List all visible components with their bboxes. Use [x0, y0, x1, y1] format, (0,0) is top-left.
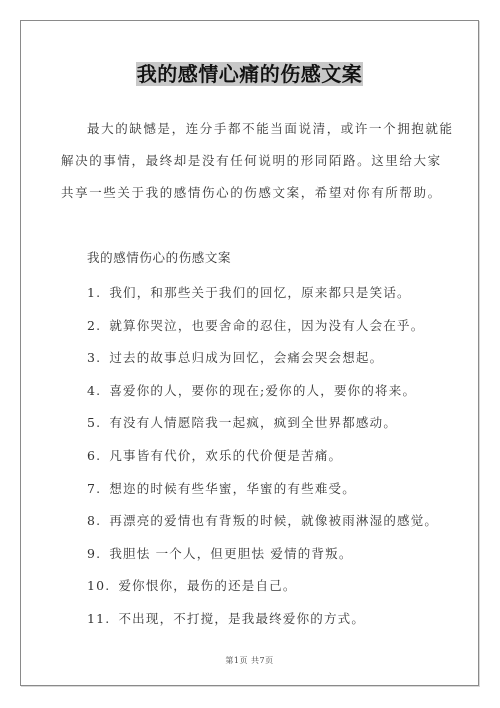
item-text: 我们，和那些关于我们的回忆，原来都只是笑话。: [109, 285, 410, 300]
item-number: 1.: [87, 285, 101, 300]
item-text: 爱你恨你，最伤的还是自己。: [118, 578, 296, 593]
item-number: 2.: [87, 318, 101, 333]
item-text: 我胆怯 一个人，但更胆怯 爱情的背叛。: [109, 546, 352, 561]
item-text: 有没有人情愿陪我一起疯，疯到全世界都感动。: [109, 415, 397, 430]
section-heading: 我的感情伤心的伤感文案: [87, 248, 231, 266]
document-title: 我的感情心痛的伤感文案: [136, 62, 364, 86]
item-number: 8.: [87, 513, 101, 528]
list-item: 1.我们，和那些关于我们的回忆，原来都只是笑话。: [87, 283, 438, 316]
item-number: 10.: [87, 578, 110, 593]
item-text: 不出现，不打搅，是我最终爱你的方式。: [118, 611, 365, 626]
item-number: 7.: [87, 481, 101, 496]
list-item: 7.想迩的时候有些华蜜，华蜜的有些难受。: [87, 479, 438, 512]
list-item: 8.再漂亮的爱情也有背叛的时候，就像被雨淋湿的感觉。: [87, 511, 438, 544]
item-number: 5.: [87, 415, 101, 430]
list-item: 5.有没有人情愿陪我一起疯，疯到全世界都感动。: [87, 413, 438, 446]
item-number: 11.: [87, 611, 110, 626]
item-number: 4.: [87, 383, 101, 398]
item-text: 喜爱你的人，要你的现在;爱你的人，要你的将来。: [109, 383, 416, 398]
list-item: 11.不出现，不打搅，是我最终爱你的方式。: [87, 609, 438, 642]
intro-paragraph: 最大的缺憾是，连分手都不能当面说清，或许一个拥抱就能解决的事情，最终却是没有任何…: [61, 113, 455, 209]
list-item: 6.凡事皆有代价，欢乐的代价便是苦痛。: [87, 446, 438, 479]
list-item: 9.我胆怯 一个人，但更胆怯 爱情的背叛。: [87, 544, 438, 577]
list-item: 4.喜爱你的人，要你的现在;爱你的人，要你的将来。: [87, 381, 438, 414]
item-text: 凡事皆有代价，欢乐的代价便是苦痛。: [109, 448, 342, 463]
list-item: 3.过去的故事总归成为回忆，会痛会哭会想起。: [87, 348, 438, 381]
page-footer: 第1页 共7页: [21, 655, 478, 666]
item-number: 3.: [87, 350, 101, 365]
list-item: 10.爱你恨你，最伤的还是自己。: [87, 576, 438, 609]
item-text: 过去的故事总归成为回忆，会痛会哭会想起。: [109, 350, 383, 365]
quote-list: 1.我们，和那些关于我们的回忆，原来都只是笑话。 2.就算你哭泣，也要舍命的忍住…: [87, 283, 438, 642]
item-number: 9.: [87, 546, 101, 561]
document-page: 我的感情心痛的伤感文案 最大的缺憾是，连分手都不能当面说清，或许一个拥抱就能解决…: [20, 20, 479, 686]
list-item: 2.就算你哭泣，也要舍命的忍住，因为没有人会在乎。: [87, 316, 438, 349]
title-container: 我的感情心痛的伤感文案: [21, 62, 478, 86]
item-text: 就算你哭泣，也要舍命的忍住，因为没有人会在乎。: [109, 318, 424, 333]
item-text: 想迩的时候有些华蜜，华蜜的有些难受。: [109, 481, 356, 496]
item-number: 6.: [87, 448, 101, 463]
item-text: 再漂亮的爱情也有背叛的时候，就像被雨淋湿的感觉。: [109, 513, 438, 528]
